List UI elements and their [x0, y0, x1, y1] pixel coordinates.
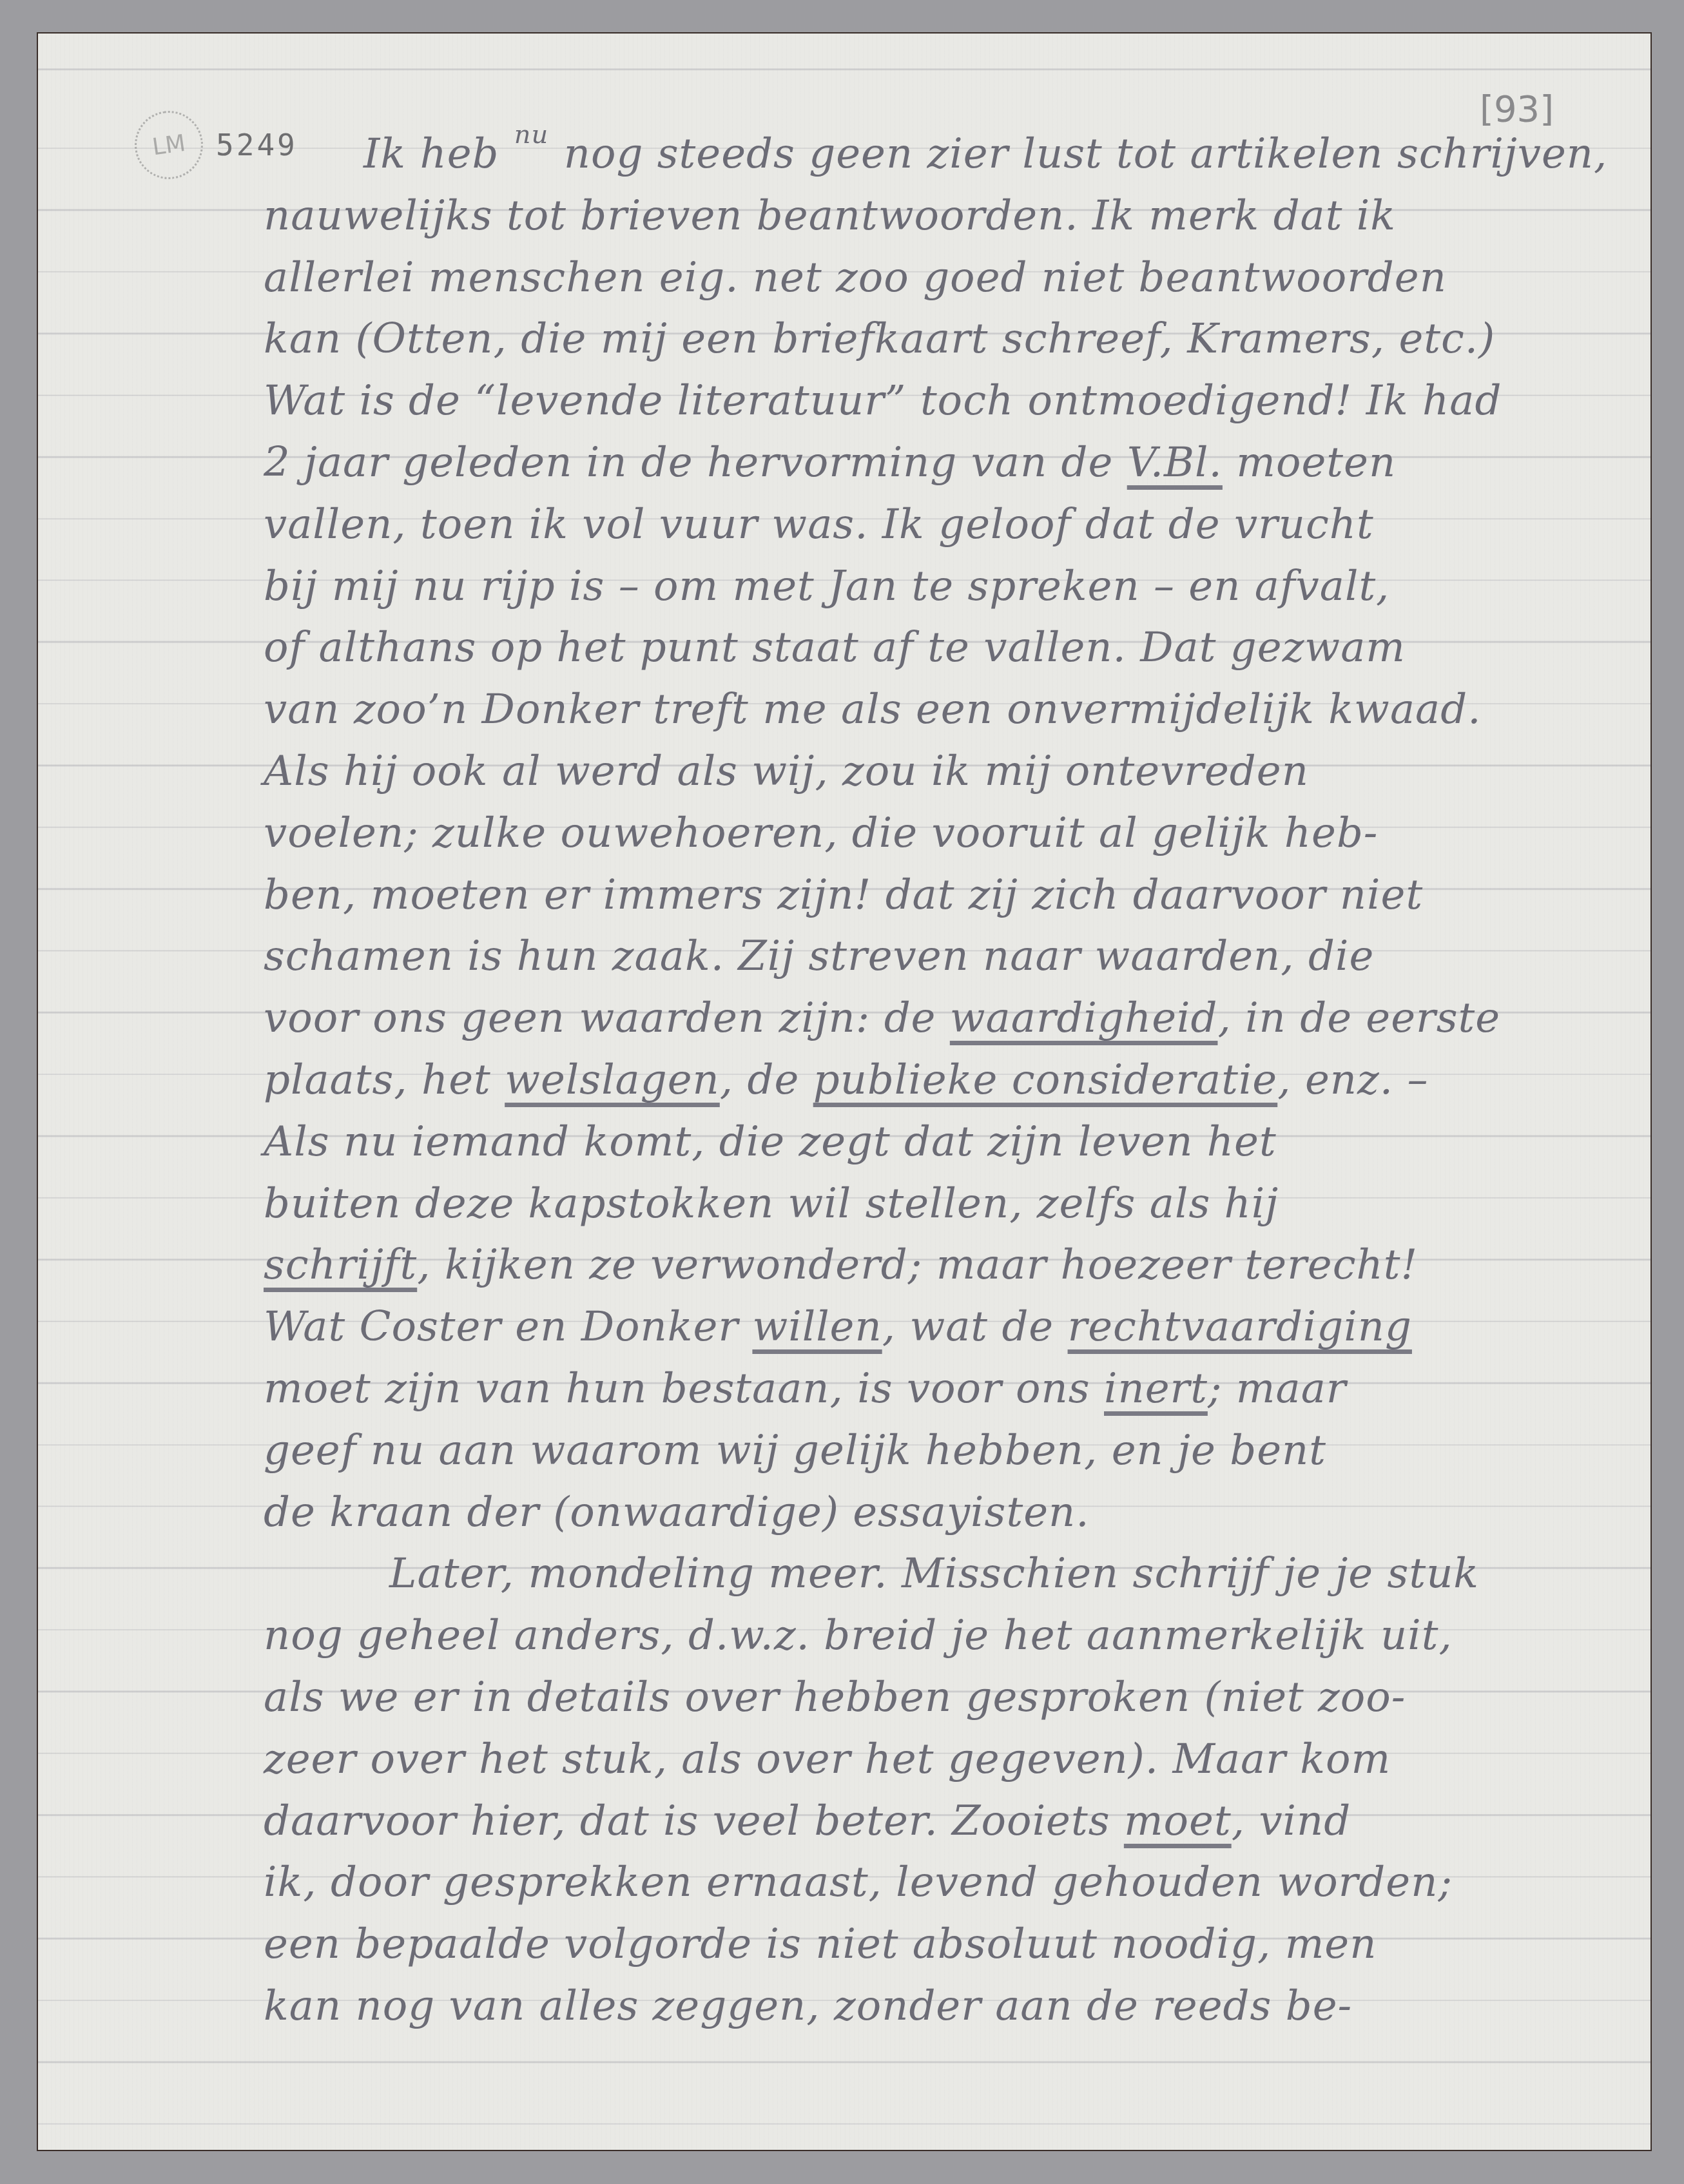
- inserted-word: nu: [514, 120, 549, 150]
- line-text: kan nog van alles zeggen, zonder aan de …: [264, 1982, 1352, 2030]
- text-line: daarvoor hier, dat is veel beter. Zooiet…: [264, 1791, 1652, 1853]
- line-text: nog geheel anders, d.w.z. breid je het a…: [264, 1612, 1453, 1659]
- text-line: een bepaalde volgorde is niet absoluut n…: [264, 1914, 1652, 1976]
- line-text: ben, moeten er immers zijn! dat zij zich…: [264, 871, 1423, 919]
- line-text: , kijken ze verwonderd; maar hoezeer ter…: [417, 1241, 1418, 1289]
- line-text: daarvoor hier, dat is veel beter. Zooiet…: [264, 1797, 1124, 1845]
- line-text: bij mij nu rijp is – om met Jan te sprek…: [264, 563, 1389, 610]
- text-line: schamen is hun zaak. Zij streven naar wa…: [264, 926, 1652, 988]
- text-line: van zoo’n Donker treft me als een onverm…: [264, 679, 1652, 741]
- line-text: geef nu aan waarom wij gelijk hebben, en…: [264, 1427, 1326, 1474]
- text-line: vallen, toen ik vol vuur was. Ik geloof …: [264, 494, 1652, 556]
- archive-number: 5249: [216, 128, 298, 162]
- text-line: geef nu aan waarom wij gelijk hebben, en…: [264, 1420, 1652, 1482]
- line-text: , enz. –: [1277, 1056, 1428, 1104]
- text-line: Als hij ook al werd als wij, zou ik mij …: [264, 741, 1652, 803]
- line-text: ; maar: [1208, 1365, 1347, 1413]
- library-monogram-stamp-icon: LM: [130, 106, 208, 184]
- text-line: 2 jaar geleden in de hervorming van de V…: [264, 432, 1652, 494]
- underlined-word: waardigheid: [950, 994, 1218, 1042]
- line-text: of althans op het punt staat af te valle…: [264, 624, 1406, 672]
- line-text: allerlei menschen eig. net zoo goed niet…: [264, 254, 1447, 302]
- line-text: nauwelijks tot brieven beantwoorden. Ik …: [264, 192, 1396, 240]
- text-line: bij mij nu rijp is – om met Jan te sprek…: [264, 556, 1652, 618]
- line-text: kan (Otten, die mij een briefkaart schre…: [264, 315, 1495, 363]
- line-text: 2 jaar geleden in de hervorming van de: [264, 439, 1127, 487]
- line-text: Als hij ook al werd als wij, zou ik mij …: [264, 748, 1309, 795]
- underlined-word: inert: [1104, 1365, 1208, 1413]
- underlined-word: willen: [752, 1303, 882, 1351]
- underlined-word: V.Bl.: [1127, 439, 1223, 487]
- text-line: voor ons geen waarden zijn: de waardighe…: [264, 988, 1652, 1050]
- text-line: nauwelijks tot brieven beantwoorden. Ik …: [264, 186, 1652, 247]
- text-line: plaats, het welslagen, de publieke consi…: [264, 1050, 1652, 1112]
- text-line: als we er in details over hebben gesprok…: [264, 1667, 1652, 1729]
- text-line: moet zijn van hun bestaan, is voor ons i…: [264, 1358, 1652, 1420]
- line-text: schamen is hun zaak. Zij streven naar wa…: [264, 933, 1374, 980]
- underlined-word: welslagen: [505, 1056, 720, 1104]
- text-line: schrijft, kijken ze verwonderd; maar hoe…: [264, 1235, 1652, 1297]
- text-line: de kraan der (onwaardige) essayisten.: [264, 1482, 1652, 1544]
- line-text: als we er in details over hebben gesprok…: [264, 1674, 1406, 1721]
- text-line: of althans op het punt staat af te valle…: [264, 617, 1652, 679]
- text-line: Later, mondeling meer. Misschien schrijf…: [299, 1543, 1652, 1605]
- line-text: moeten: [1223, 439, 1396, 487]
- text-line: Als nu iemand komt, die zegt dat zijn le…: [264, 1112, 1652, 1174]
- line-text: , wat de: [882, 1303, 1068, 1351]
- line-text: plaats, het: [264, 1056, 505, 1104]
- underlined-word: schrijft: [264, 1241, 417, 1289]
- text-line: buiten deze kapstokken wil stellen, zelf…: [264, 1174, 1652, 1235]
- text-line: voelen; zulke ouwehoeren, die vooruit al…: [264, 803, 1652, 865]
- line-text: zeer over het stuk, als over het gegeven…: [264, 1735, 1391, 1783]
- line-text: Wat is de “levende literatuur” toch ontm…: [264, 377, 1502, 425]
- line-text: nog steeds geen zier lust tot artikelen …: [550, 130, 1607, 178]
- text-line: Wat Coster en Donker willen, wat de rech…: [264, 1297, 1652, 1358]
- line-text: , de: [720, 1056, 813, 1104]
- letter-page: LM 5249 [93] Ik heb nu nog steeds geen z…: [37, 32, 1652, 2151]
- line-text: voor ons geen waarden zijn: de: [264, 994, 950, 1042]
- letter-body: Ik heb nu nog steeds geen zier lust tot …: [299, 124, 1652, 2038]
- text-line: zeer over het stuk, als over het gegeven…: [264, 1729, 1652, 1791]
- underlined-word: moet: [1124, 1797, 1232, 1845]
- line-text: moet zijn van hun bestaan, is voor ons: [264, 1365, 1104, 1413]
- text-line: Ik heb nu nog steeds geen zier lust tot …: [299, 124, 1652, 186]
- text-line: allerlei menschen eig. net zoo goed niet…: [264, 247, 1652, 309]
- text-line: nog geheel anders, d.w.z. breid je het a…: [264, 1605, 1652, 1667]
- line-text: Wat Coster en Donker: [264, 1303, 752, 1351]
- line-text: van zoo’n Donker treft me als een onverm…: [264, 686, 1482, 733]
- text-line: ik, door gesprekken ernaast, levend geho…: [264, 1852, 1652, 1914]
- underlined-phrase: publieke consideratie: [813, 1056, 1278, 1104]
- line-text: buiten deze kapstokken wil stellen, zelf…: [264, 1180, 1279, 1228]
- line-text: Later, mondeling meer. Misschien schrijf…: [389, 1550, 1479, 1598]
- underlined-word: rechtvaardiging: [1068, 1303, 1412, 1351]
- line-text: voelen; zulke ouwehoeren, die vooruit al…: [264, 809, 1378, 857]
- line-text: Als nu iemand komt, die zegt dat zijn le…: [264, 1118, 1277, 1166]
- line-text: Ik heb: [363, 130, 513, 178]
- line-text: ik, door gesprekken ernaast, levend geho…: [264, 1859, 1453, 1906]
- line-text: de kraan der (onwaardige) essayisten.: [264, 1489, 1090, 1536]
- text-line: Wat is de “levende literatuur” toch ontm…: [264, 371, 1652, 432]
- text-line: ben, moeten er immers zijn! dat zij zich…: [264, 865, 1652, 927]
- line-text: , in de eerste: [1217, 994, 1500, 1042]
- line-text: , vind: [1232, 1797, 1351, 1845]
- text-line: kan (Otten, die mij een briefkaart schre…: [264, 309, 1652, 371]
- line-text: vallen, toen ik vol vuur was. Ik geloof …: [264, 501, 1374, 548]
- line-text: een bepaalde volgorde is niet absoluut n…: [264, 1920, 1377, 1968]
- text-line: kan nog van alles zeggen, zonder aan de …: [264, 1976, 1652, 2038]
- archive-stamp: LM 5249: [135, 111, 298, 179]
